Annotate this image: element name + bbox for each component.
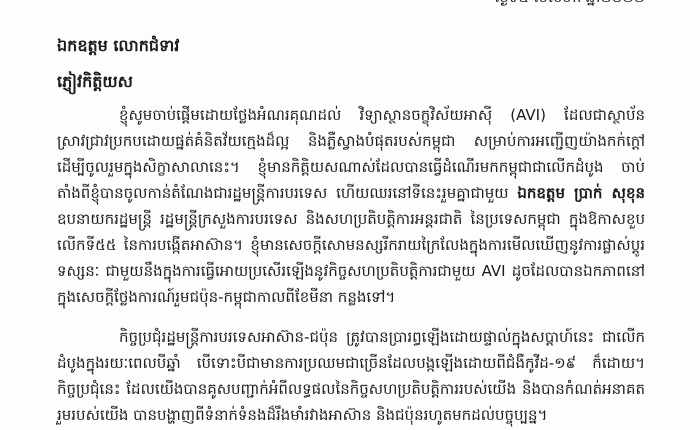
salutation-excellencies: ឯកឧត្តម លោកជំទាវ [57, 34, 645, 58]
date-line: ថ្ងៃទី៤ ខែសីហា ឆ្នាំ២០២២ [494, 0, 645, 8]
salutation-distinguished-guests: ភ្ញៀវកិត្តិយស [57, 70, 645, 94]
paragraph-2: កិច្ចប្រជុំរដ្ឋមន្ត្រីការបរទេសអាស៊ាន-ជប៉… [57, 324, 645, 428]
paragraph-1: ខ្ញុំសូមចាប់ផ្តើមដោយថ្លែងអំណរគុណដល់ វិទ្… [57, 102, 645, 310]
paragraph-1-text-after-name: ឧបនាយករដ្ឋមន្ត្រី រដ្ឋមន្ត្រីក្រសួងការបរ… [57, 210, 645, 306]
letter-page: ថ្ងៃទី៤ ខែសីហា ឆ្នាំ២០២២ ឯកឧត្តម លោកជំទា… [0, 0, 700, 430]
honorific-name-prak-sokhonn: ឯកឧត្តម ប្រាក់ សុខុន [517, 184, 645, 202]
letter-content: ឯកឧត្តម លោកជំទាវ ភ្ញៀវកិត្តិយស ខ្ញុំសូមច… [57, 34, 645, 428]
